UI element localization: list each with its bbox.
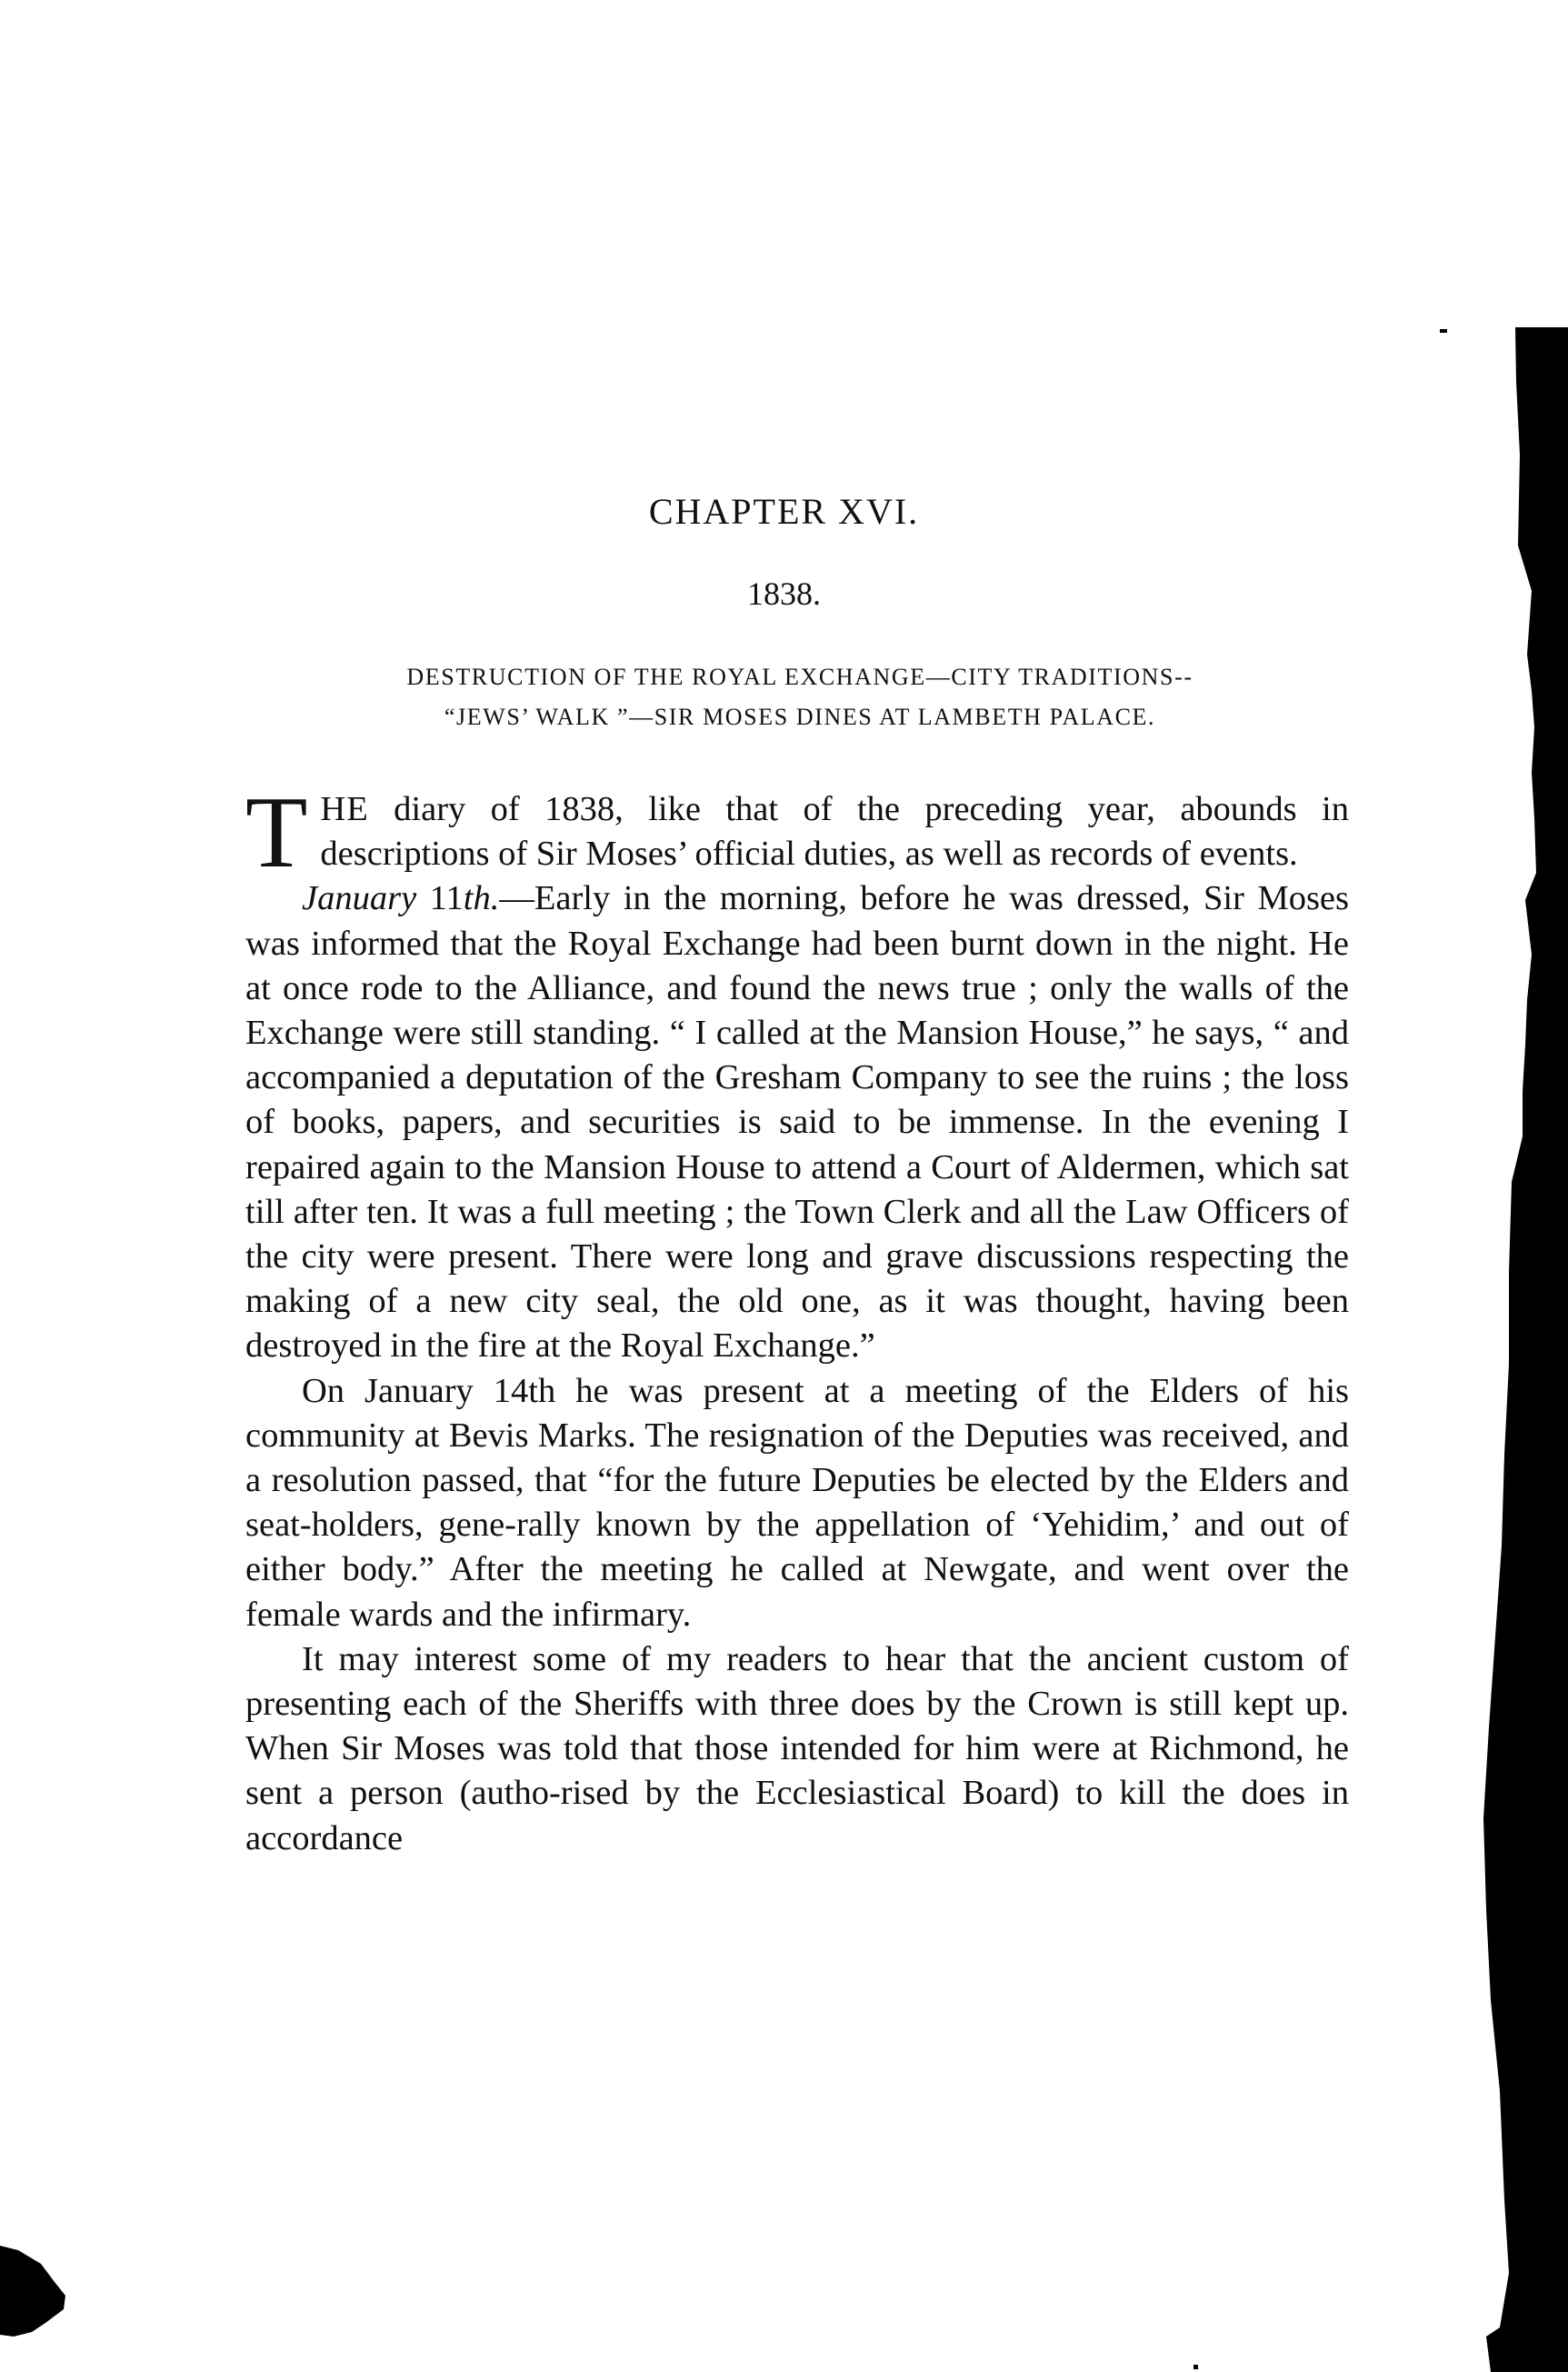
paragraph-1: THE diary of 1838, like that of the prec…	[245, 787, 1349, 876]
chapter-summary-line: DESTRUCTION OF THE ROYAL EXCHANGE—CITY T…	[245, 657, 1354, 697]
scan-speck	[1440, 329, 1447, 333]
chapter-year: 1838.	[0, 573, 1568, 615]
paragraph-text: —Early in the morning, before he was dre…	[245, 879, 1349, 1365]
body-text: THE diary of 1838, like that of the prec…	[245, 787, 1349, 1861]
drop-cap: T	[245, 793, 307, 873]
book-page: CHAPTER XVI. 1838. DESTRUCTION OF THE RO…	[0, 0, 1568, 2372]
paragraph-4: It may interest some of my readers to he…	[245, 1637, 1349, 1861]
paragraph-text: diary of 1838, like that of the precedin…	[320, 790, 1349, 873]
diary-date-month: January	[302, 879, 416, 917]
chapter-summary-line: “JEWS’ WALK ”—SIR MOSES DINES AT LAMBETH…	[245, 697, 1354, 737]
paragraph-2: January 11th.—Early in the morning, befo…	[245, 876, 1349, 1368]
paragraph-text: On January 14th he was present at a meet…	[245, 1372, 1349, 1634]
diary-date-day: 11	[416, 879, 464, 917]
diary-date-suffix: th.	[464, 879, 500, 917]
paragraph-text: It may interest some of my readers to he…	[245, 1640, 1349, 1857]
small-caps-opening: HE	[320, 790, 368, 828]
chapter-title: CHAPTER XVI.	[0, 489, 1568, 535]
scan-speck	[1193, 2365, 1198, 2369]
chapter-summary: DESTRUCTION OF THE ROYAL EXCHANGE—CITY T…	[245, 657, 1354, 737]
paragraph-3: On January 14th he was present at a meet…	[245, 1369, 1349, 1637]
